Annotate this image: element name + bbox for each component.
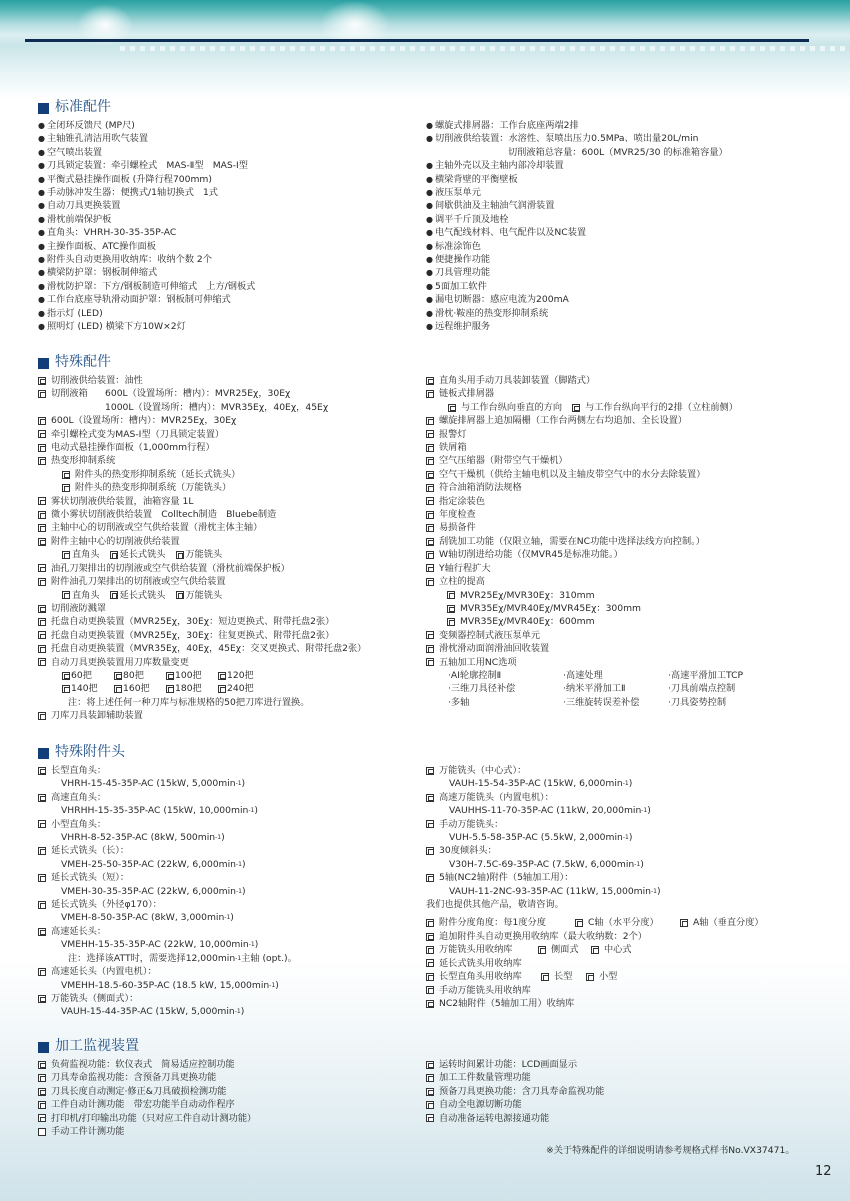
- head-options-row-2: 直角头 延长式铣头 万能铣头: [38, 589, 423, 602]
- list-item: 高速延长头：: [38, 925, 423, 938]
- model-tail: ): [657, 885, 661, 898]
- magazine-row-2: 140把 160把 180把 240把: [38, 682, 423, 695]
- option-text: 140把: [71, 682, 98, 695]
- checkbox-icon: [38, 417, 46, 425]
- option-text: 与工作台纵向垂直的方向: [461, 401, 562, 414]
- list-item: ●螺旋式排屑器：工作台底座两端2排: [426, 119, 826, 132]
- list-item: 报警灯: [426, 428, 826, 441]
- item-text: 附件头自动更换用收纳库：收纳个数 2个: [47, 253, 212, 266]
- list-item: NC2轴附件（5轴加工用）收纳库: [426, 997, 826, 1010]
- list-item: 附件主轴中心的切削液供给装置: [38, 535, 423, 548]
- item-text: 追加附件头自动更换用收纳库（最大收纳数：2个）: [439, 930, 647, 943]
- model-text: VAUH-11-2NC-93-35P-AC (11kW, 15,000min: [449, 885, 651, 898]
- item-text: 600L（设置场所：槽内）：MVR25Eχ，30Eχ: [51, 414, 236, 427]
- item-text: MVR35Eχ/MVR40Eχ：600mm: [460, 615, 595, 628]
- checkbox-icon: [447, 591, 455, 599]
- bullet-dot-icon: ●: [38, 293, 47, 306]
- bullet-dot-icon: ●: [38, 320, 47, 333]
- item-text: Y轴行程扩大: [439, 562, 491, 575]
- list-item: ●工作台底座导轨滑动面护罩：钢板制可伸缩式: [38, 293, 423, 306]
- item-text: 易损备件: [439, 521, 476, 534]
- model-tail: ): [629, 777, 633, 790]
- checkbox-icon: [426, 847, 434, 855]
- heads-left: 特殊附件头 长型直角头：VHRH-15-45-35P-AC (15kW, 5,0…: [38, 744, 423, 1019]
- list-item: 刀具长度自动测定·修正&刀具破损检测功能: [38, 1085, 423, 1098]
- checkbox-icon: [426, 986, 434, 994]
- item-text: 横梁背壁的平衡壁板: [435, 173, 518, 186]
- list-item: 自动准备运转电源接通功能: [426, 1112, 826, 1125]
- item-text: 负荷监视功能：软仪表式 简易适应控制功能: [51, 1058, 235, 1071]
- checkbox-icon: [38, 645, 46, 653]
- checkbox-icon: [572, 404, 580, 412]
- item-text: 运转时间累计功能：LCD画面显示: [439, 1058, 577, 1071]
- list-item: 追加附件头自动更换用收纳库（最大收纳数：2个）: [426, 930, 826, 943]
- item-text: 滑枕前端保护板: [47, 213, 111, 226]
- list-item: ●主轴锥孔清洁用吹气装置: [38, 132, 423, 145]
- option-text: 与工作台纵向平行的2排（立柱前侧）: [585, 401, 738, 414]
- bullet-dot-icon: ●: [38, 173, 47, 186]
- item-text: 托盘自动更换装置（MVR25Eχ，30Eχ：短边更换式、附带托盘2张）: [51, 615, 334, 628]
- option-text: 240把: [227, 682, 254, 695]
- list-item: ●电气配线材料、电气配件以及NC装置: [426, 226, 826, 239]
- list-item: 切削液箱总容量：600L（MVR25/30 的标准箱容量）: [426, 146, 826, 159]
- bullet-dot-icon: ●: [426, 119, 435, 132]
- list-item: 延长式铣头（长）：: [38, 844, 423, 857]
- head-name: 延长式铣头（长）：: [51, 844, 129, 857]
- item-text: 附件主轴中心的切削液供给装置: [51, 535, 180, 548]
- option-text: 120把: [227, 669, 254, 682]
- list-item: 手动万能铣头用收纳库: [426, 984, 826, 997]
- item-text: 油孔刀架排出的切削液或空气供给装置（滑枕前端保护板）: [51, 562, 290, 575]
- item-text: 滑枕·鞍座的热变形抑制系统: [435, 307, 548, 320]
- item-text: 附件分度角度：每1度分度: [439, 916, 575, 929]
- section-title-monitor: 加工监视装置: [38, 1038, 423, 1056]
- item-text: 切削液箱总容量：600L（MVR25/30 的标准箱容量）: [508, 146, 728, 159]
- option-mag: 100把: [166, 669, 208, 682]
- section-title-text: 特殊附件头: [55, 746, 125, 759]
- item-text: MVR35Eχ/MVR40Eχ/MVR45Eχ：300mm: [460, 602, 641, 615]
- checkbox-icon: [38, 1088, 46, 1096]
- head-model: VHRH-8-52-35P-AC (8kW, 500min-1): [38, 831, 423, 844]
- item-text: 滑枕防护罩：下方/钢板制造可伸缩式 上方/钢板式: [47, 280, 255, 293]
- note: 注：将上述任何一种刀库与标准规格的50把刀库进行置换。: [38, 696, 423, 709]
- item-text: 漏电切断器：感应电流为200mA: [435, 293, 569, 306]
- nc-option: ·纳米平滑加工Ⅱ: [563, 682, 668, 695]
- list-item: ●照明灯 (LED) 横梁下方10W×2灯: [38, 320, 423, 333]
- option-extension: 延长式铣头: [110, 548, 166, 561]
- list-item: ●调平千斤顶及地栓: [426, 213, 826, 226]
- list-item: 手动万能铣头：: [426, 818, 826, 831]
- item-text: 便捷操作功能: [435, 253, 490, 266]
- head-name: 30度倾斜头：: [439, 844, 497, 857]
- list-item: 铁屑箱: [426, 441, 826, 454]
- option-parallel: 与工作台纵向平行的2排（立柱前侧）: [572, 401, 738, 414]
- checkbox-icon: [426, 471, 434, 479]
- list-item: MVR35Eχ/MVR40Eχ：600mm: [426, 615, 826, 628]
- item-text: 主轴中心的切削液或空气供给装置（滑枕主体主轴）: [51, 521, 262, 534]
- checkbox-icon: [38, 794, 46, 802]
- checkbox-icon: [426, 511, 434, 519]
- checkbox-icon: [176, 591, 184, 599]
- model-text: VAUHHS-11-70-35P-AC (11kW, 20,000min: [449, 804, 641, 817]
- option-mag: 240把: [218, 682, 254, 695]
- item-text: 切削液供给装置：油性: [51, 374, 143, 387]
- checkbox-icon: [38, 618, 46, 626]
- model-tail: ): [242, 777, 246, 790]
- checkbox-icon: [447, 618, 455, 626]
- list-item: 链板式排屑器: [426, 387, 826, 400]
- head-model: VUH-5.5-58-35P-AC (5.5kW, 2,000min-1): [426, 831, 826, 844]
- square-bullet-icon: [38, 748, 49, 759]
- list-item: 油孔刀架排出的切削液或空气供给装置（滑枕前端保护板）: [38, 562, 423, 575]
- option-text: 160把: [123, 682, 150, 695]
- nc-option: ·三维旋转误差补偿: [563, 696, 668, 709]
- list-item: ●间歇供油及主轴油气润滑装置: [426, 199, 826, 212]
- item-text: 主操作面板、ATC操作面板: [47, 240, 156, 253]
- checkbox-icon: [426, 645, 434, 653]
- model-tail: ): [242, 858, 246, 871]
- model-tail: ): [629, 831, 633, 844]
- checkbox-icon: [575, 919, 583, 927]
- item-text: 万能铣头用收纳库: [439, 943, 538, 956]
- checkbox-icon: [166, 672, 174, 680]
- bullet-dot-icon: ●: [38, 226, 47, 239]
- checkbox-icon: [680, 919, 688, 927]
- model-text: VHRHH-15-35-35P-AC (15kW, 10,000min: [61, 804, 248, 817]
- checkbox-icon: [62, 685, 70, 693]
- checkbox-icon: [426, 538, 434, 546]
- model-tail: ): [241, 1005, 245, 1018]
- list-item: 托盘自动更换装置（MVR25Eχ，30Eχ：往复更换式、附带托盘2张）: [38, 629, 423, 642]
- standard-list-left: ●全闭环反馈尺 (MP尺)●主轴锥孔清洁用吹气装置●空气喷出装置●刀具锁定装置：…: [38, 119, 423, 334]
- item-text: 工作台底座导轨滑动面护罩：钢板制可伸缩式: [47, 293, 231, 306]
- item-text: 空气喷出装置: [47, 146, 102, 159]
- option-text: 万能铣头: [186, 548, 223, 561]
- item-text: 全闭环反馈尺 (MP尺): [47, 119, 135, 132]
- item-text: 附件油孔刀架排出的切削液或空气供给装置: [51, 575, 226, 588]
- list-item: 打印机/打印输出功能（只对应工件自动计测功能）: [38, 1112, 423, 1125]
- checkbox-icon: [38, 847, 46, 855]
- item-text: 长型直角头用收纳库: [439, 970, 541, 983]
- checkbox-icon: [38, 1061, 46, 1069]
- special-left: 特殊配件 切削液供给装置：油性 切削液箱600L（设置场所：槽内）：MVR25E…: [38, 354, 423, 723]
- header-dots: [120, 46, 850, 51]
- list-item: 直角头用手动刀具装卸装置（脚踏式）: [426, 374, 826, 387]
- item-text: 手动工件计测功能: [51, 1125, 125, 1138]
- list-item: 5轴(NC2轴)附件（5轴加工用）：: [426, 871, 826, 884]
- bullet-dot-icon: ●: [426, 240, 435, 253]
- item-text: 指定涂装色: [439, 495, 485, 508]
- head-model: V30H-7.5C-69-35P-AC (7.5kW, 6,000min-1): [426, 858, 826, 871]
- item-text: 报警灯: [439, 428, 467, 441]
- list-item: 切削液供给装置：油性: [38, 374, 423, 387]
- checkbox-icon: [426, 658, 434, 666]
- model-text: VMEHH-15-35-35P-AC (22kW, 10,000min: [61, 938, 249, 951]
- model-text: VMEH-25-50-35P-AC (22kW, 6,000min: [61, 858, 236, 871]
- checkbox-icon: [38, 1101, 46, 1109]
- list-item: 空气压缩器（附带空气干燥机）: [426, 454, 826, 467]
- list-item: 附件油孔刀架排出的切削液或空气供给装置: [38, 575, 423, 588]
- option-extension: 延长式铣头: [110, 589, 166, 602]
- item-text: 切削液供给装置：水溶性、泵喷出压力0.5MPa、喷出量20L/min: [435, 132, 698, 145]
- head-name: 高速延长头（内置电机）：: [51, 965, 157, 978]
- checkbox-icon: [426, 430, 434, 438]
- nc-option: ·刀具姿势控制: [668, 696, 788, 709]
- page-number: 12: [815, 1164, 832, 1179]
- list-item: 空气干燥机（供给主轴电机以及主轴皮带空气中的水分去除装置）: [426, 468, 826, 481]
- item-text: 自动刀具更换装置: [47, 199, 121, 212]
- item-text: 微小雾状切削液供给装置 Colltech制造 Bluebe制造: [51, 508, 276, 521]
- checkbox-icon: [426, 933, 434, 941]
- item-text: W轴切削进给功能（仅MVR45是标准功能。）: [439, 548, 623, 561]
- list-item: 负荷监视功能：软仪表式 简易适应控制功能: [38, 1058, 423, 1071]
- magazine-row-1: 60把 80把 100把 120把: [38, 669, 423, 682]
- item-text: 托盘自动更换装置（MVR35Eχ，40Eχ，45Eχ：交叉更换式、附带托盘2张）: [51, 642, 366, 655]
- list-item: 万能铣头（侧面式）：: [38, 992, 423, 1005]
- checkbox-icon: [62, 591, 70, 599]
- checkbox-icon: [426, 1088, 434, 1096]
- head-model: VAUH-15-44-35P-AC (15kW, 5,000min-1): [38, 1005, 423, 1018]
- option-text: 180把: [175, 682, 202, 695]
- nc-option: ·多轴: [448, 696, 563, 709]
- option-universal: 万能铣头: [176, 589, 223, 602]
- item-text: 间歇供油及主轴油气润滑装置: [435, 199, 554, 212]
- list-item: 易损备件: [426, 521, 826, 534]
- head-name: 高速直角头：: [51, 791, 106, 804]
- bullet-dot-icon: ●: [426, 132, 435, 145]
- section-title-special: 特殊配件: [38, 354, 423, 372]
- list-item: 万能铣头用收纳库 侧面式 中心式: [426, 943, 826, 956]
- list-item: ●滑枕防护罩：下方/钢板制造可伸缩式 上方/钢板式: [38, 280, 423, 293]
- list-item: 牵引螺栓式变为MAS-Ⅰ型（刀具锁定装置）: [38, 428, 423, 441]
- option-text: 80把: [123, 669, 144, 682]
- model-tail: ): [640, 858, 644, 871]
- checkbox-icon: [426, 484, 434, 492]
- list-item: 切削液防溅罩: [38, 602, 423, 615]
- model-tail: ): [242, 885, 246, 898]
- head-model: VHRH-15-45-35P-AC (15kW, 5,000min-1): [38, 777, 423, 790]
- bullet-dot-icon: ●: [38, 253, 47, 266]
- option-mag: 180把: [166, 682, 208, 695]
- bullet-dot-icon: ●: [38, 146, 47, 159]
- monitor-list-left: 负荷监视功能：软仪表式 简易适应控制功能刀具寿命监视功能：含预备刀具更换功能刀具…: [38, 1058, 423, 1125]
- bullet-dot-icon: ●: [426, 226, 435, 239]
- list-item: 托盘自动更换装置（MVR35Eχ，40Eχ，45Eχ：交叉更换式、附带托盘2张）: [38, 642, 423, 655]
- checkbox-icon: [218, 685, 226, 693]
- item-text: 手动脉冲发生器：便携式/1轴切换式 1式: [47, 186, 218, 199]
- bullet-dot-icon: ●: [426, 307, 435, 320]
- checkbox-icon: [38, 390, 46, 398]
- head-name: 延长式铣头（外径φ170）：: [51, 898, 162, 911]
- checkbox-icon: [38, 605, 46, 613]
- list-item: 30度倾斜头：: [426, 844, 826, 857]
- bullet-dot-icon: ●: [426, 159, 435, 172]
- model-text: VMEHH-18.5-60-35P-AC (18.5 kW, 15,000min: [61, 979, 269, 992]
- bullet-dot-icon: ●: [38, 159, 47, 172]
- checkbox-icon: [38, 564, 46, 572]
- list-item: ●直角头：VHRH-30-35-35P-AC: [38, 226, 423, 239]
- option-text: 60把: [71, 669, 92, 682]
- item-text: 电气配线材料、电气配件以及NC装置: [435, 226, 586, 239]
- checkbox-icon: [426, 767, 434, 775]
- checkbox-icon: [426, 959, 434, 967]
- list-item: ●横梁背壁的平衡壁板: [426, 173, 826, 186]
- checkbox-icon: [38, 820, 46, 828]
- item-text: 直角头：VHRH-30-35-35P-AC: [47, 226, 176, 239]
- bullet-dot-icon: ●: [426, 173, 435, 186]
- list-item: Y轴行程扩大: [426, 562, 826, 575]
- list-item: 五轴加工用NC选项: [426, 656, 826, 669]
- option-text: 延长式铣头: [120, 589, 166, 602]
- list-item: 自动刀具更换装置用刀库数量变更: [38, 656, 423, 669]
- heads-list-left: 长型直角头：VHRH-15-45-35P-AC (15kW, 5,000min-…: [38, 764, 423, 1019]
- list-item: 附件头的热变形抑制系统（延长式铣头）: [38, 468, 423, 481]
- item-text: 主轴锥孔清洁用吹气装置: [47, 132, 148, 145]
- item-text: A轴（垂直分度）: [693, 916, 764, 929]
- item-text: 热变形抑制系统: [51, 454, 115, 467]
- list-item: ●标准涂饰色: [426, 240, 826, 253]
- checkbox-icon: [62, 551, 70, 559]
- list-item: W轴切削进给功能（仅MVR45是标准功能。）: [426, 548, 826, 561]
- bullet-dot-icon: ●: [426, 293, 435, 306]
- head-options-row: 直角头 延长式铣头 万能铣头: [38, 548, 423, 561]
- checkbox-icon: [38, 874, 46, 882]
- heads-right: 万能铣头（中心式）：VAUH-15-54-35P-AC (15kW, 6,000…: [426, 764, 826, 1010]
- section-title-text: 标准配件: [55, 101, 111, 114]
- checkbox-icon: [38, 968, 46, 976]
- checkbox-icon: [426, 1101, 434, 1109]
- list-item: 螺旋排屑器上追加隔栅（工作台两侧左右均追加、全长设置）: [426, 414, 826, 427]
- list-item: ●远程维护服务: [426, 320, 826, 333]
- list-item: 主轴中心的切削液或空气供给装置（滑枕主体主轴）: [38, 521, 423, 534]
- checkbox-icon: [38, 1074, 46, 1082]
- list-item: 滑枕滑动面润滑油回收装置: [426, 642, 826, 655]
- empty-checkbox-icon: [38, 1128, 46, 1136]
- model-tail: ): [254, 804, 258, 817]
- list-item: 年度检查: [426, 508, 826, 521]
- item-text: 标准涂饰色: [435, 240, 481, 253]
- head-name: 手动万能铣头：: [439, 818, 503, 831]
- head-name: 高速延长头：: [51, 925, 106, 938]
- head-name: 5轴(NC2轴)附件（5轴加工用）：: [439, 871, 573, 884]
- checkbox-icon: [38, 658, 46, 666]
- list-item: ●全闭环反馈尺 (MP尺): [38, 119, 423, 132]
- model-text: VMEH-30-35-35P-AC (22kW, 6,000min: [61, 885, 236, 898]
- list-item: ●指示灯 (LED): [38, 307, 423, 320]
- head-model: VHRHH-15-35-35P-AC (15kW, 10,000min-1): [38, 804, 423, 817]
- bullet-dot-icon: ●: [38, 240, 47, 253]
- nc-option: ·AI轮廓控制Ⅱ: [448, 669, 563, 682]
- checkbox-icon: [541, 973, 549, 981]
- option-right-angle: 直角头: [62, 589, 100, 602]
- item-text: 小型: [599, 970, 617, 983]
- list-item: 切削液箱600L（设置场所：槽内）：MVR25Eχ，30Eχ: [38, 387, 423, 400]
- item-text: 打印机/打印输出功能（只对应工件自动计测功能）: [51, 1112, 256, 1125]
- head-model: VAUHHS-11-70-35P-AC (11kW, 20,000min-1): [426, 804, 826, 817]
- checkbox-icon: [38, 430, 46, 438]
- bullet-dot-icon: ●: [426, 280, 435, 293]
- list-item: 手动工件计测功能: [38, 1125, 423, 1138]
- item-text: 链板式排屑器: [439, 387, 494, 400]
- checkbox-icon: [586, 973, 594, 981]
- item-text: 铁屑箱: [439, 441, 467, 454]
- list-item: 指定涂装色: [426, 495, 826, 508]
- item-text: C轴（水平分度）: [588, 916, 680, 929]
- model-tail: ): [647, 804, 651, 817]
- item-text: 预备刀具更换功能：含刀具寿命监视功能: [439, 1085, 604, 1098]
- head-model: VMEH-25-50-35P-AC (22kW, 6,000min-1): [38, 858, 423, 871]
- item-text: NC2轴附件（5轴加工用）收纳库: [439, 997, 574, 1010]
- monitor-right: 运转时间累计功能：LCD画面显示加工工件数量管理功能预备刀具更换功能：含刀具寿命…: [426, 1058, 826, 1125]
- head-model: VAUH-15-54-35P-AC (15kW, 6,000min-1): [426, 777, 826, 790]
- list-item: ●横梁防护罩：钢板制伸缩式: [38, 266, 423, 279]
- note-text: 注：选择该ATT时，需要选择12,000min: [68, 952, 235, 965]
- item-text: 平衡式悬挂操作面板 (升降行程700mm): [47, 173, 212, 186]
- bullet-dot-icon: ●: [38, 132, 47, 145]
- item-text: 手动万能铣头用收纳库: [439, 984, 531, 997]
- list-item: 高速直角头：: [38, 791, 423, 804]
- checkbox-icon: [426, 377, 434, 385]
- head-model: VAUH-11-2NC-93-35P-AC (11kW, 15,000min-1…: [426, 885, 826, 898]
- list-item: ●滑枕·鞍座的热变形抑制系统: [426, 307, 826, 320]
- special-right: 直角头用手动刀具装卸装置（脚踏式） 链板式排屑器 与工作台纵向垂直的方向 与工作…: [426, 374, 826, 709]
- square-bullet-icon: [38, 1042, 49, 1053]
- item-text: 自动刀具更换装置用刀库数量变更: [51, 656, 189, 669]
- checkbox-icon: [38, 631, 46, 639]
- option-mag: 160把: [114, 682, 156, 695]
- monitor-list-right: 运转时间累计功能：LCD画面显示加工工件数量管理功能预备刀具更换功能：含刀具寿命…: [426, 1058, 826, 1125]
- checkbox-icon: [114, 672, 122, 680]
- item-text: 调平千斤顶及地栓: [435, 213, 509, 226]
- head-name: 万能铣头（中心式）：: [439, 764, 526, 777]
- item-text: 侧面式: [551, 943, 591, 956]
- checkbox-icon: [38, 578, 46, 586]
- checkbox-icon: [426, 390, 434, 398]
- item-text: 指示灯 (LED): [47, 307, 103, 320]
- heads-list-right: 万能铣头（中心式）：VAUH-15-54-35P-AC (15kW, 6,000…: [426, 764, 826, 898]
- model-text: VUH-5.5-58-35P-AC (5.5kW, 2,000min: [449, 831, 623, 844]
- option-mag: 120把: [218, 669, 254, 682]
- item-text: 液压泵单元: [435, 186, 481, 199]
- nc-option: ·高速平滑加工TCP: [668, 669, 788, 682]
- bullet-dot-icon: ●: [38, 186, 47, 199]
- checkbox-icon: [38, 538, 46, 546]
- item-text: 600L（设置场所：槽内）：MVR25Eχ，30Eχ: [105, 387, 290, 400]
- item-text: 5面加工软件: [435, 280, 487, 293]
- checkbox-icon: [426, 564, 434, 572]
- item-text: 空气干燥机（供给主轴电机以及主轴皮带空气中的水分去除装置）: [439, 468, 705, 481]
- checkbox-icon: [38, 1114, 46, 1122]
- section-title-heads: 特殊附件头: [38, 744, 423, 762]
- checkbox-icon: [166, 685, 174, 693]
- item-text: 附件头的热变形抑制系统（万能铣头）: [75, 481, 231, 494]
- checkbox-icon: [62, 672, 70, 680]
- checkbox-icon: [447, 605, 455, 613]
- checkbox-icon: [38, 995, 46, 1003]
- option-text: 100把: [175, 669, 202, 682]
- item-text: 立柱的提高: [439, 575, 485, 588]
- list-item: ●空气喷出装置: [38, 146, 423, 159]
- standard-right: ●螺旋式排屑器：工作台底座两端2排●切削液供给装置：水溶性、泵喷出压力0.5MP…: [426, 119, 826, 334]
- footnote: ※关于特殊配件的详细说明请参考规格式样书No.VX37471。: [546, 1142, 795, 1156]
- list-item: ●自动刀具更换装置: [38, 199, 423, 212]
- list-item: 刀具寿命监视功能：含预备刀具更换功能: [38, 1071, 423, 1084]
- checkbox-icon: [38, 444, 46, 452]
- list-item: 刀库刀具装卸辅助装置: [38, 709, 423, 722]
- list-item: 立柱的提高: [426, 575, 826, 588]
- item-text: 电动式悬挂操作面板（1,000mm行程）: [51, 441, 215, 454]
- checkbox-icon: [426, 551, 434, 559]
